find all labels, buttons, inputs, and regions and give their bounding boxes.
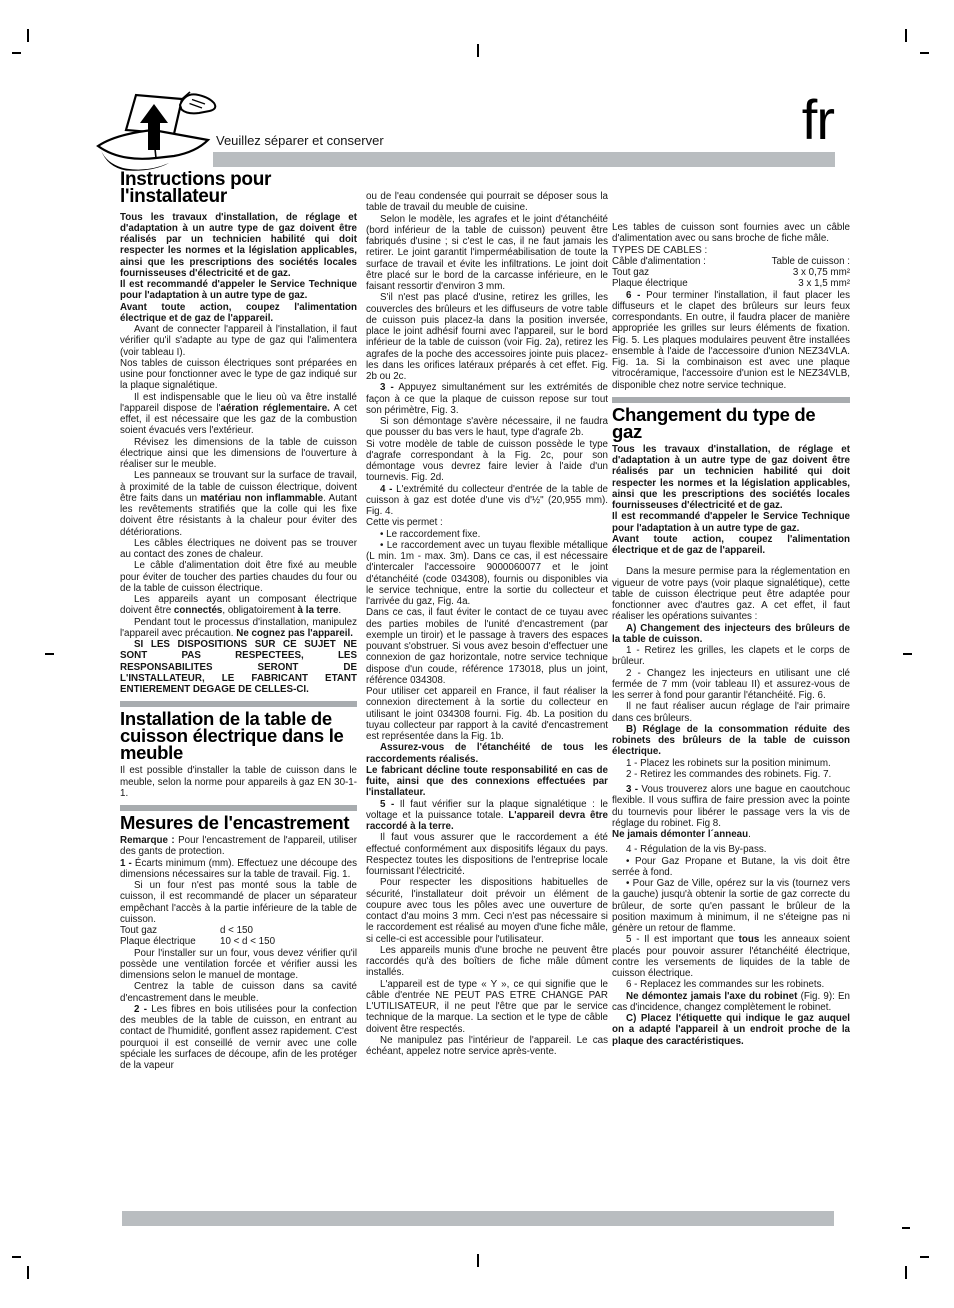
paragraph: A) Changement des injecteurs des brûleur… (612, 623, 850, 646)
cable-table-row: Plaque électrique3 x 1,5 mm² (612, 278, 850, 289)
paragraph: Centrez la table de cuisson dans sa cavi… (120, 981, 357, 1004)
paragraph: Si son démontage s'avère nécessaire, il … (366, 416, 608, 439)
paragraph: Ne manipulez pas l'intérieur de l'appare… (366, 1035, 608, 1058)
separate-booklet-icon (96, 90, 220, 174)
paragraph: 6 - Replacez les commandes sur les robin… (612, 979, 850, 990)
paragraph: Dans ce cas, il faut éviter le contact d… (366, 607, 608, 686)
paragraph: Cette vis permet : (366, 517, 608, 528)
paragraph: Dans la mesure permise para la réglement… (612, 566, 850, 622)
spec-row: Plaque électrique10 < d < 150 (120, 936, 357, 947)
paragraph: Les appareils ayant un composant électri… (120, 594, 357, 617)
crop-mark (12, 52, 21, 54)
crop-mark (27, 29, 29, 42)
paragraph: Les appareils munis d'une broche ne peuv… (366, 945, 608, 979)
paragraph: 5 - Il faut vérifier sur la plaque signa… (366, 799, 608, 833)
paragraph: 4 - Régulation de la vis By-pass. (612, 844, 850, 855)
paragraph: 3 - Vous trouverez alors une bague en ca… (612, 784, 850, 829)
paragraph: TYPES DE CABLES : (612, 245, 850, 256)
paragraph: Il est possible d'installer la table de … (120, 765, 357, 799)
paragraph: Il est recommandé d'appeler le Service T… (120, 279, 357, 302)
paragraph: 4 - L'extrémité du collecteur d'entrée d… (366, 484, 608, 518)
section-divider-bar (120, 805, 357, 811)
header-gray-bar (213, 152, 835, 167)
crop-mark (903, 653, 912, 655)
paragraph: Les tables de cuisson sont fournies avec… (612, 222, 850, 245)
paragraph: 1 - Retirez les grilles, les clapets et … (612, 645, 850, 668)
paragraph: 2 - Les fibres en bois utilisées pour la… (120, 1004, 357, 1072)
paragraph: Il faut vous assurer que le raccordement… (366, 832, 608, 877)
paragraph: Les panneaux se trouvant sur la surface … (120, 470, 357, 538)
page-title: Instructions pour l'installateur (120, 172, 357, 206)
paragraph: Il est recommandé d'appeler le Service T… (612, 511, 850, 534)
paragraph: Le câble d'alimentation doit être fixé a… (120, 560, 357, 594)
paragraph: Ne jamais démonter l´anneau. (612, 829, 850, 840)
paragraph: Tous les travaux d'installation, de régl… (120, 212, 357, 280)
paragraph: SI LES DISPOSITIONS SUR CE SUJET NE SONT… (120, 639, 357, 695)
footer-gray-bar (122, 1211, 834, 1226)
paragraph: Avant toute action, coupez l'alimentatio… (612, 534, 850, 557)
paragraph: Si un four n'est pas monté sous la table… (120, 880, 357, 925)
section-heading: Installation de la table de cuisson élec… (120, 710, 357, 761)
row-value: d < 150 (220, 925, 253, 936)
paragraph: Pour respecter les dispositions habituel… (366, 877, 608, 945)
crop-mark (905, 1266, 907, 1279)
section-heading: Changement du type de gaz (612, 406, 850, 440)
paragraph: Révisez les dimensions de la table de cu… (120, 437, 357, 471)
crop-mark (905, 29, 907, 42)
column-2: ou de l'eau condensée qui pourrait se dé… (366, 191, 608, 1057)
row-value: Table de cuisson : (772, 256, 850, 267)
paragraph: 2 - Retirez les commandes des robinets. … (612, 769, 850, 780)
paragraph: C) Placez l'étiquette qui indique le gaz… (612, 1013, 850, 1047)
paragraph: • Pour Gaz Propane et Butane, la vis doi… (612, 856, 850, 879)
section-divider-bar (612, 397, 850, 403)
crop-mark (45, 653, 54, 655)
crop-mark (902, 1227, 910, 1229)
paragraph: Ne démontez jamais l'axe du robinet (Fig… (612, 991, 850, 1014)
row-label: Plaque électrique (612, 278, 688, 289)
row-value: 3 x 1,5 mm² (798, 278, 850, 289)
row-value: 10 < d < 150 (220, 936, 275, 947)
header-note: Veuillez séparer et conserver (216, 133, 384, 148)
paragraph: L'appareil est de type « Y », ce qui sig… (366, 979, 608, 1035)
row-label: Tout gaz (120, 925, 220, 936)
crop-mark (477, 1254, 479, 1267)
crop-mark (477, 44, 479, 57)
paragraph: B) Réglage de la consommation réduite de… (612, 724, 850, 758)
paragraph: S'il n'est pas placé d'usine, retirez le… (366, 292, 608, 382)
paragraph: Il ne faut réaliser aucun réglage de l'a… (612, 701, 850, 724)
crop-mark (12, 1256, 21, 1258)
paragraph: Remarque : Pour l'encastrement de l'appa… (120, 835, 357, 858)
paragraph: Pour l'installer sur un four, vous devez… (120, 948, 357, 982)
paragraph: 6 - Pour terminer l'installation, il fau… (612, 290, 850, 391)
row-label: Câble d'alimentation : (612, 256, 706, 267)
row-label: Tout gaz (612, 267, 649, 278)
paragraph: Le fabricant décline toute responsabilit… (366, 765, 608, 799)
row-label: Plaque électrique (120, 936, 220, 947)
paragraph: • Le raccordement avec un tuyau flexible… (366, 540, 608, 608)
row-value: 3 x 0,75 mm² (793, 267, 850, 278)
paragraph: 5 - Il est important que tous les anneau… (612, 934, 850, 979)
paragraph: 1 - Placez les robinets sur la position … (612, 758, 850, 769)
cable-table-row: Tout gaz3 x 0,75 mm² (612, 267, 850, 278)
paragraph: • Pour Gaz de Ville, opérez sur la vis (… (612, 878, 850, 934)
manual-page: Veuillez séparer et conserver fr Instruc… (0, 0, 954, 1308)
language-code: fr (760, 92, 834, 148)
section-divider-bar (120, 701, 357, 707)
section-heading: Mesures de l'encastrement (120, 814, 357, 831)
paragraph: ou de l'eau condensée qui pourrait se dé… (366, 191, 608, 214)
paragraph: Pendant tout le processus d'installation… (120, 617, 357, 640)
crop-mark (920, 52, 929, 54)
paragraph: Si votre modèle de table de cuisson poss… (366, 439, 608, 484)
paragraph: 2 - Changez les injecteurs en utilisant … (612, 668, 850, 702)
paragraph: Assurez-vous de l'étanchéité de tous les… (366, 742, 608, 765)
paragraph: Avant de connecter l'appareil à l'instal… (120, 324, 357, 358)
cable-table-row: Câble d'alimentation :Table de cuisson : (612, 256, 850, 267)
paragraph: Selon le modèle, les agrafes et le joint… (366, 214, 608, 293)
column-1: Instructions pour l'installateurTous les… (120, 172, 357, 1071)
paragraph: 1 - Écarts minimum (mm). Effectuez une d… (120, 858, 357, 881)
paragraph: Nos tables de cuisson électriques sont p… (120, 358, 357, 392)
paragraph: Avant toute action, coupez l'alimentatio… (120, 302, 357, 325)
crop-mark (920, 1256, 929, 1258)
paragraph: Pour utiliser cet appareil en France, il… (366, 686, 608, 742)
crop-mark (27, 1266, 29, 1279)
paragraph: 3 - Appuyez simultanément sur les extrém… (366, 382, 608, 416)
paragraph: Les câbles électriques ne doivent pas se… (120, 538, 357, 561)
paragraph: Il est indispensable que le lieu où va ê… (120, 392, 357, 437)
column-3: Les tables de cuisson sont fournies avec… (612, 222, 850, 1047)
paragraph: • Le raccordement fixe. (366, 529, 608, 540)
paragraph: Tous les travaux d'installation, de régl… (612, 444, 850, 512)
spec-row: Tout gazd < 150 (120, 925, 357, 936)
